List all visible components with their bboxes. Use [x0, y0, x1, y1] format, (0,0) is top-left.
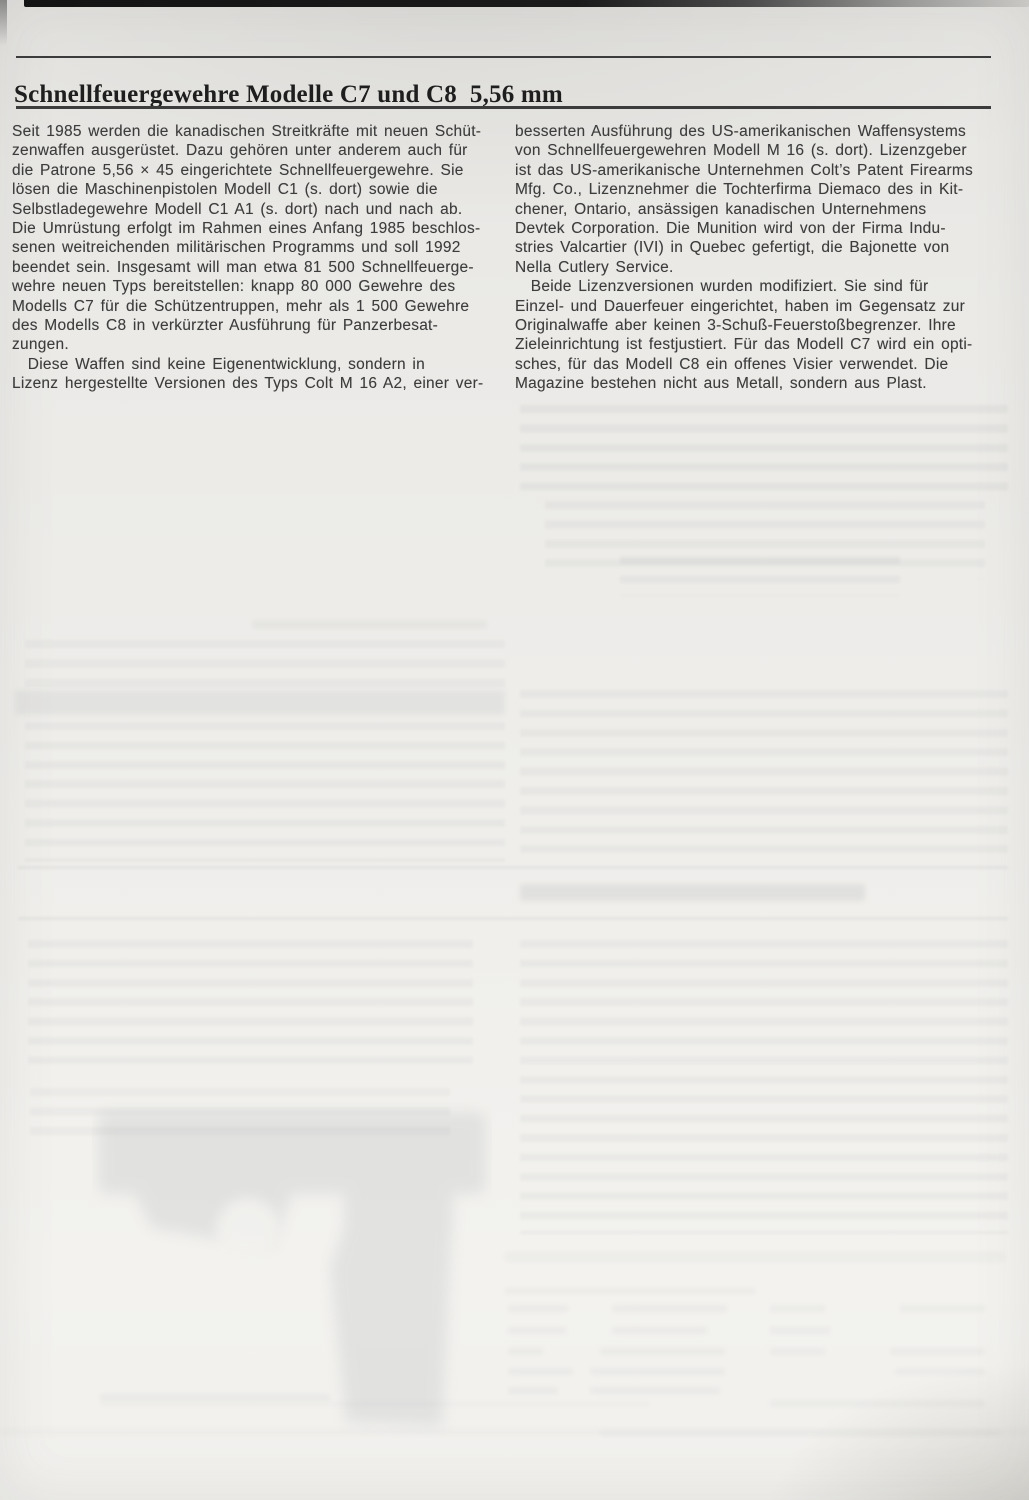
ghost-table-cell: [770, 1327, 830, 1334]
ghost-text-block: [25, 640, 505, 688]
ghost-text-line: [252, 620, 487, 629]
ghost-table-cell: [612, 1305, 727, 1312]
ghost-scan-line: [100, 1402, 650, 1406]
ghost-table-cell: [612, 1327, 707, 1334]
ghost-table-cell: [508, 1368, 573, 1375]
ghost-scan-line: [0, 1428, 1029, 1436]
title-rule-top: [16, 56, 991, 58]
ghost-table-cell: [600, 1348, 725, 1355]
scanned-page: Schnellfeuergewehre Modelle C7 und C8 5,…: [0, 0, 1029, 1500]
page-title: Schnellfeuergewehre Modelle C7 und C8 5,…: [14, 81, 1004, 109]
ghost-text-block: [620, 556, 900, 596]
left-column-text: Seit 1985 werden die kanadischen Streitk…: [12, 122, 498, 394]
ghost-pistol-image: [92, 1078, 492, 1448]
ghost-table-cell: [900, 1305, 985, 1312]
title-rule-bottom: [16, 106, 991, 109]
ghost-headline-smudge: [15, 690, 505, 715]
ghost-text-block: [520, 940, 1008, 1234]
ghost-table-header: [505, 1252, 1005, 1262]
scan-edge-bar: [24, 0, 1029, 7]
ghost-table-cell: [770, 1305, 825, 1312]
ghost-table-cell: [770, 1348, 825, 1355]
ghost-text-block: [25, 722, 505, 862]
ghost-table-cell: [770, 1400, 985, 1407]
ghost-rule: [18, 917, 1008, 920]
ghost-text-block: [520, 405, 1008, 501]
ghost-table-cell: [508, 1387, 558, 1394]
ghost-caption-line: [100, 1394, 330, 1401]
ghost-table-line: [505, 1288, 755, 1294]
ghost-table-cell: [590, 1368, 725, 1375]
ghost-table-cell: [890, 1348, 985, 1355]
ghost-table-cell: [508, 1327, 566, 1334]
ghost-table-cell: [895, 1368, 985, 1375]
scan-corner-shadow: [0, 0, 7, 46]
ghost-text-block: [520, 690, 1008, 862]
ghost-table-cell: [508, 1305, 568, 1312]
ghost-rule: [18, 866, 1008, 869]
right-column-text: besserten Ausführung des US-amerikanisch…: [515, 122, 1011, 394]
ghost-text-block: [28, 940, 473, 1064]
ghost-table-cell: [590, 1387, 720, 1394]
ghost-table-cell: [508, 1348, 543, 1355]
ghost-heading-smudge: [520, 884, 865, 901]
